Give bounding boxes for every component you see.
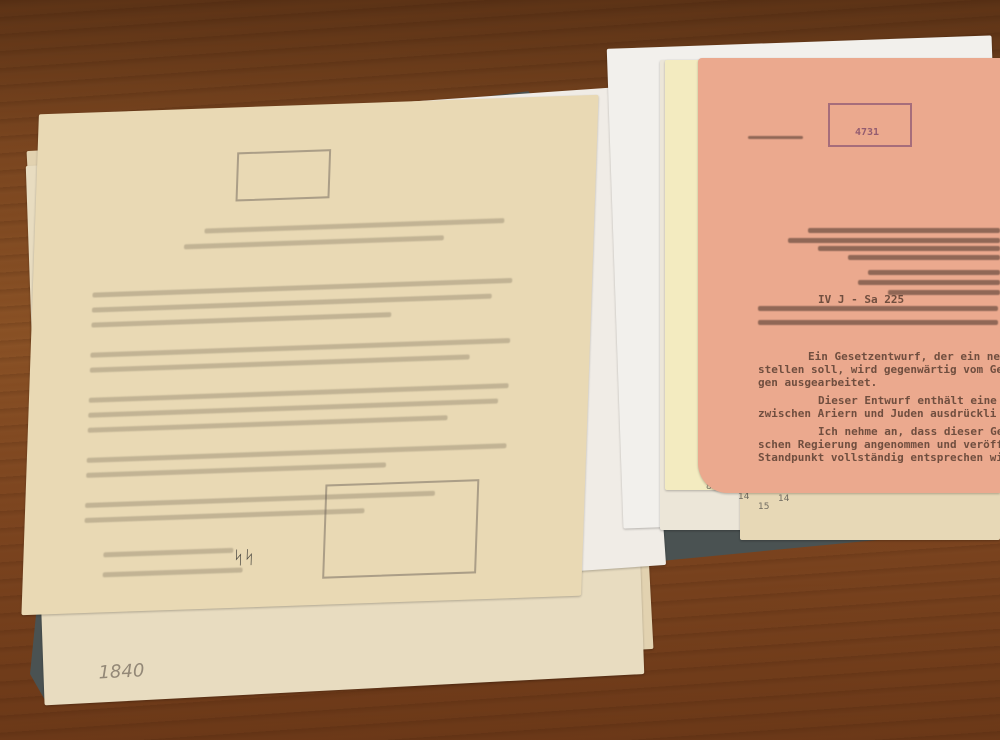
- left-document-page: ᛋᛋ: [21, 95, 598, 615]
- top-stamp: [236, 149, 332, 201]
- page-number: 15: [758, 502, 769, 512]
- handwritten-number: 1840: [98, 660, 145, 683]
- page-number: 14: [738, 492, 749, 502]
- receipt-stamp: 4731: [828, 103, 912, 147]
- pink-letter-page: 4731 IV J - Sa 225 Ein Gesetzentwurf, de…: [698, 58, 1000, 493]
- ss-symbol: ᛋᛋ: [233, 547, 255, 569]
- receipt-stamp: [322, 479, 479, 579]
- page-number: 14: [778, 494, 789, 504]
